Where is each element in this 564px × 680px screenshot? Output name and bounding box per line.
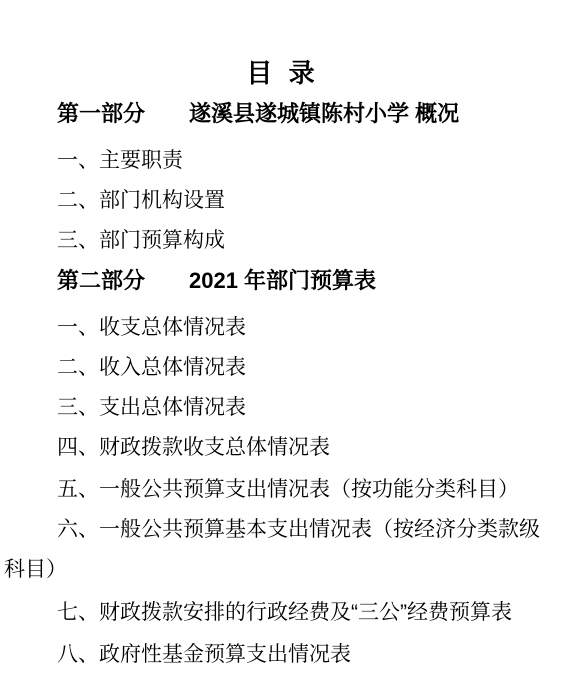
toc-heading-part1: 第一部分 遂溪县遂城镇陈村小学 概况 [4,94,558,134]
toc-item-part2-5: 五、一般公共预算支出情况表（按功能分类科目） [4,470,558,510]
toc-item-part2-2: 二、收入总体情况表 [4,348,558,388]
toc-item-part2-1: 一、收支总体情况表 [4,308,558,348]
toc-item-part1-2: 二、部门机构设置 [4,181,558,221]
toc-item-part2-6: 六、一般公共预算基本支出情况表（按经济分类款级科目） [4,510,558,590]
toc-item-part2-8: 八、政府性基金预算支出情况表 [4,635,558,675]
document-page: 目 录 第一部分 遂溪县遂城镇陈村小学 概况 一、主要职责 二、部门机构设置 三… [0,0,564,680]
toc-item-part1-3: 三、部门预算构成 [4,221,558,261]
toc-item-part2-4: 四、财政拨款收支总体情况表 [4,428,558,468]
toc-heading-part2: 第二部分 2021 年部门预算表 [4,261,558,301]
toc-title: 目 录 [4,55,558,91]
toc-item-part2-3: 三、支出总体情况表 [4,388,558,428]
toc-item-part2-7: 七、财政拨款安排的行政经费及“三公”经费预算表 [4,593,558,633]
toc-item-part1-1: 一、主要职责 [4,141,558,181]
